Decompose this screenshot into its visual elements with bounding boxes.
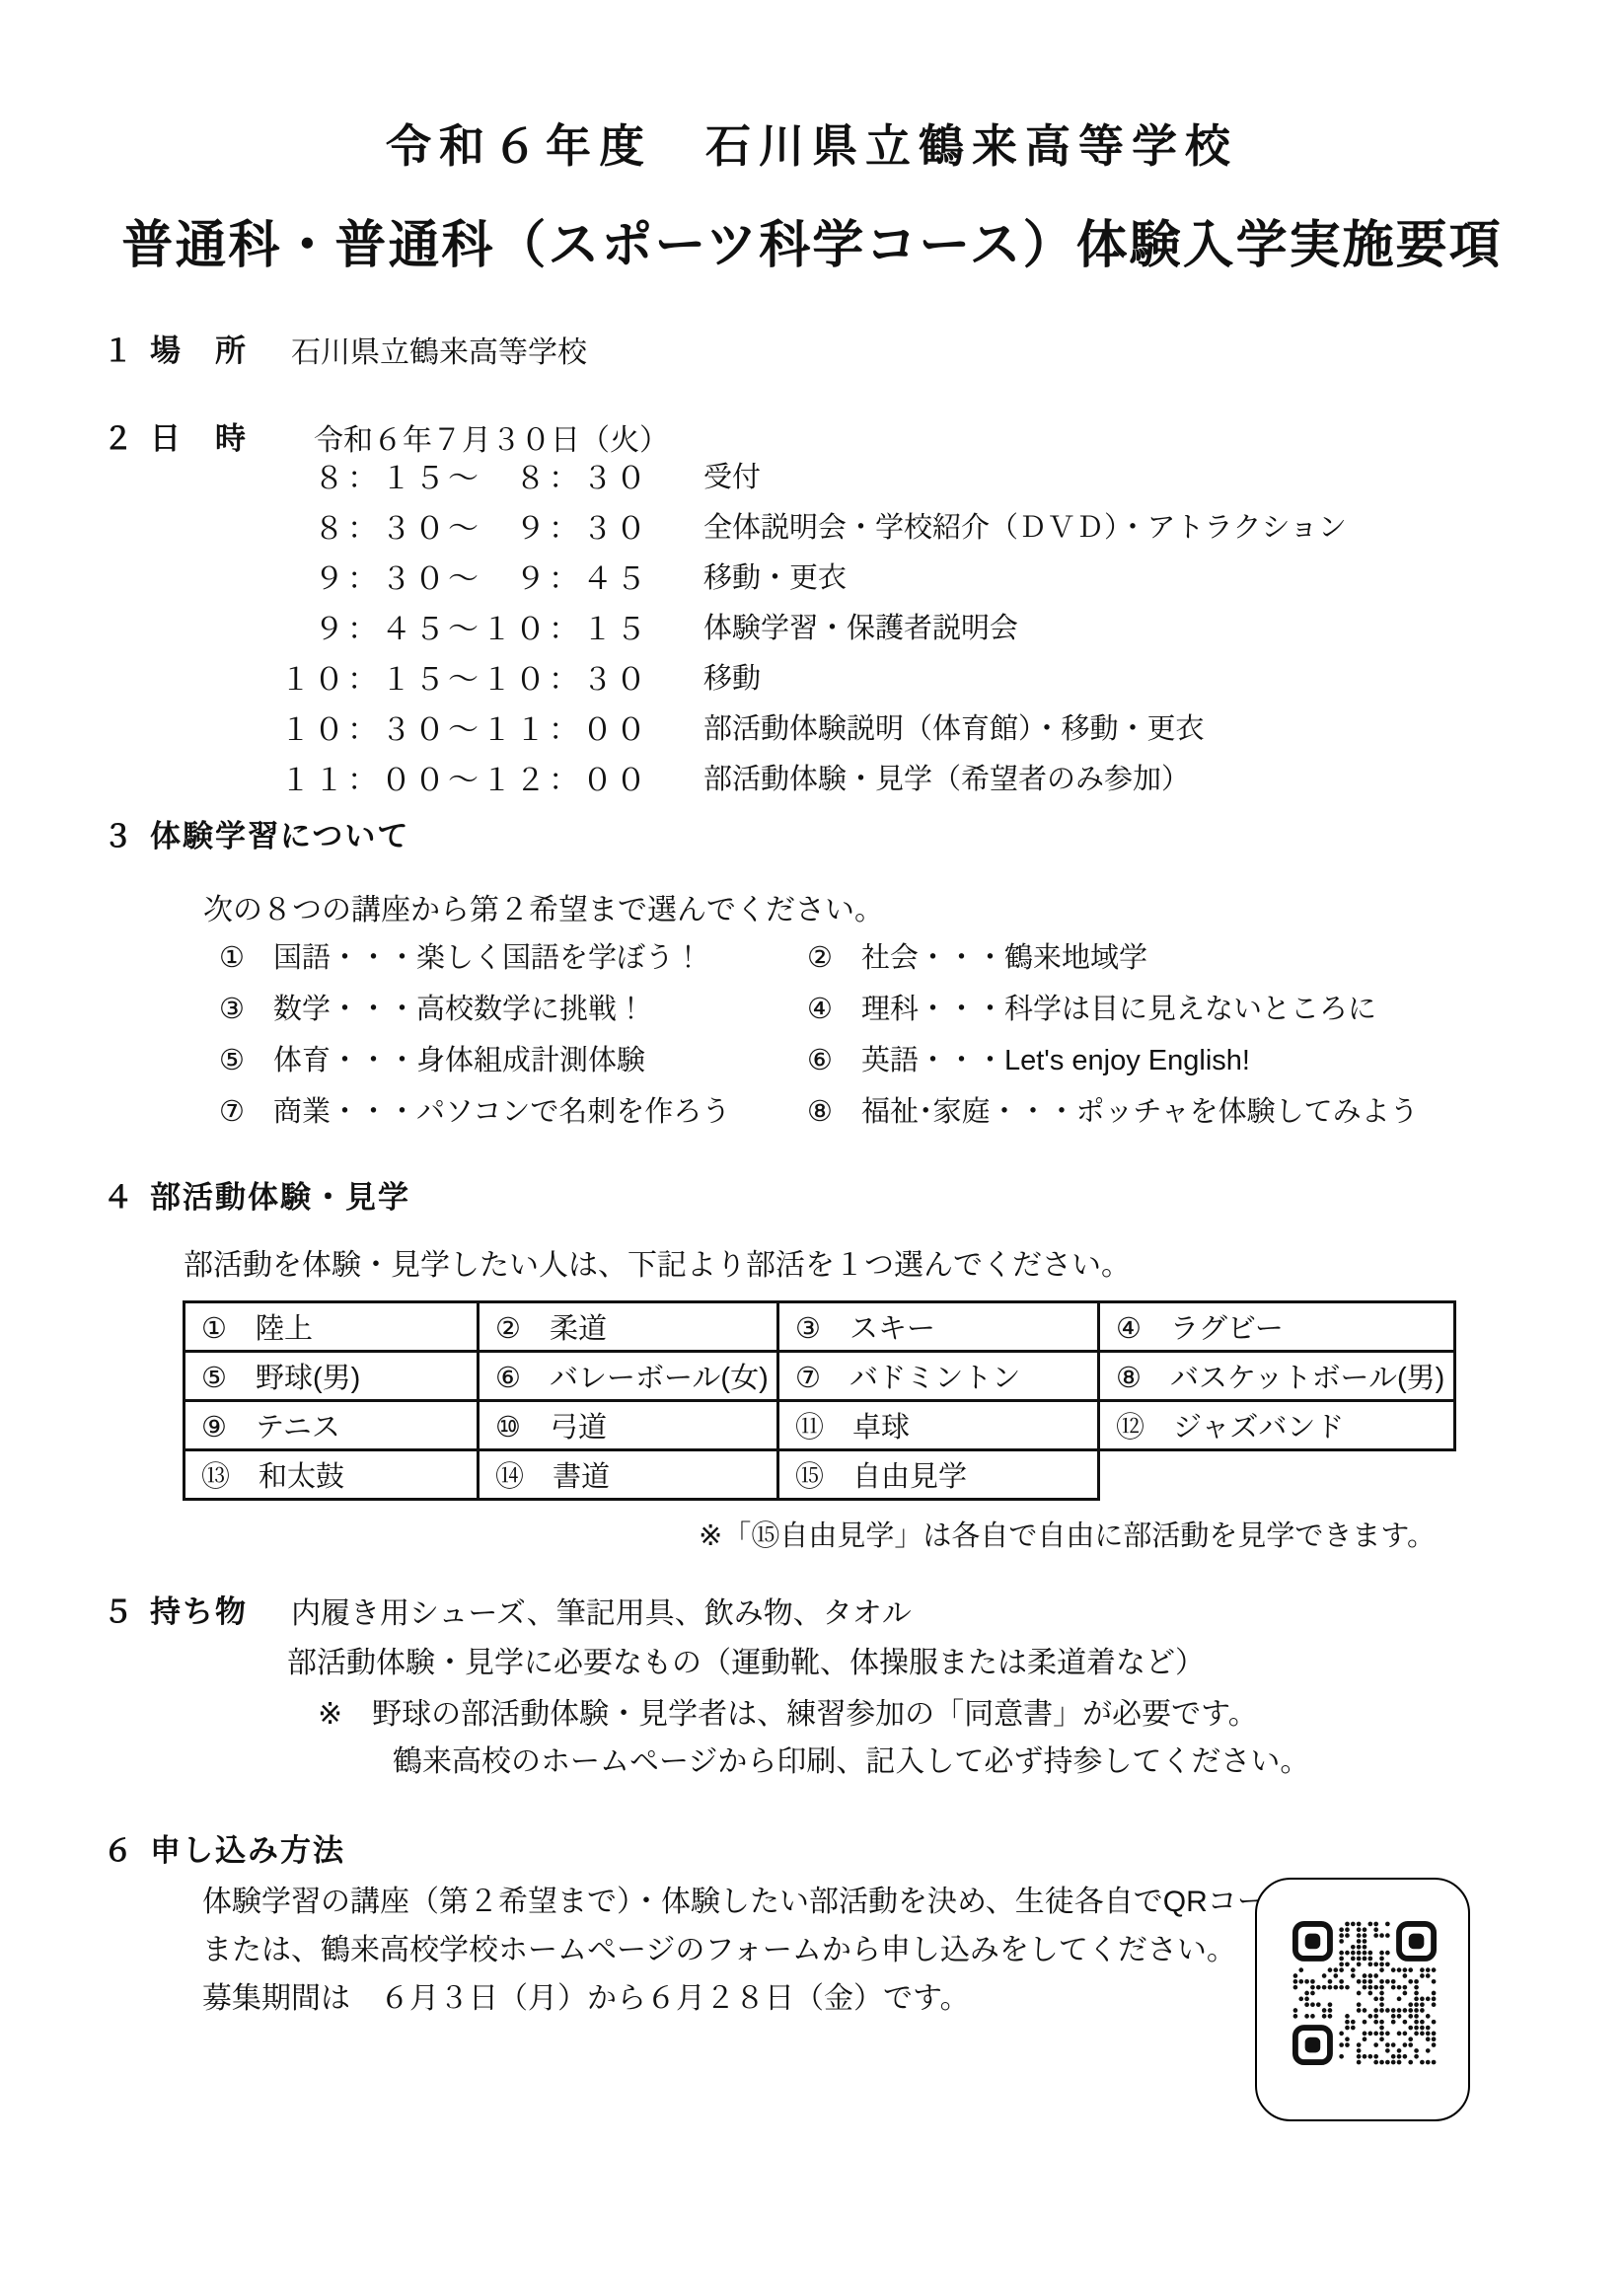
course-item: ① 国語・・・楽しく国語を学ぼう！ [219,935,702,976]
schedule-activity: 移動・更衣 [703,555,847,596]
schedule-time: １０：１５～１０：３０ [280,654,649,699]
club-cell: ⑨ テニス [185,1401,479,1450]
schedule-activity: 部活動体験説明（体育館）・移動・更衣 [703,706,1205,747]
belongings-line2: 部活動体験・見学に必要なもの（運動靴、体操服または柔道着など） [287,1638,1205,1681]
course-item: ⑧ 福祉･家庭・・・ポッチャを体験してみよう [807,1089,1419,1130]
club-table-row: ⑬ 和太鼓 ⑭ 書道 ⑮ 自由見学 [185,1450,1455,1500]
club-cell: ⑥ バレーボール(女) [479,1352,778,1401]
document-page: 令和６年度 石川県立鶴来高等学校 普通科・普通科（スポーツ科学コース）体験入学実… [0,0,1624,2296]
belongings-line1: 内履き用シューズ、筆記用具、飲み物、タオル [291,1589,912,1632]
section-datetime-number: ２ [103,413,133,458]
experience-instruction: 次の８つの講座から第２希望まで選んでください。 [203,885,884,928]
club-table-row: ⑤ 野球(男) ⑥ バレーボール(女) ⑦ バドミントン ⑧ バスケットボール(… [185,1352,1455,1401]
section-belongings-number: ５ [103,1587,133,1631]
place-value: 石川県立鶴来高等学校 [291,328,587,371]
section-place-label: 場 所 [150,326,248,370]
section-datetime-label: 日 時 [150,413,248,458]
club-instruction: 部活動を体験・見学したい人は、下記より部活を１つ選んでください。 [184,1240,1131,1284]
document-title-line2: 普通科・普通科（スポーツ科学コース）体験入学実施要項 [0,203,1624,277]
club-cell: ③ スキー [778,1302,1099,1352]
club-table-row: ⑨ テニス ⑩ 弓道 ⑪ 卓球 ⑫ ジャズバンド [185,1401,1455,1450]
section-experience-label: 体験学習について [150,811,409,855]
qr-code-box [1255,1878,1470,2121]
club-cell: ① 陸上 [185,1302,479,1352]
belongings-note1: ※ 野球の部活動体験・見学者は、練習参加の「同意書」が必要です。 [318,1689,1258,1733]
schedule-time: ９：３０～ ９：４５ [280,554,649,598]
club-table-row: ① 陸上 ② 柔道 ③ スキー ④ ラグビー [185,1302,1455,1352]
club-cell: ⑤ 野球(男) [185,1352,479,1401]
section-club-label: 部活動体験・見学 [150,1172,410,1217]
club-cell: ⑬ 和太鼓 [185,1450,479,1500]
club-cell: ⑧ バスケットボール(男) [1099,1352,1455,1401]
section-application-label: 申し込み方法 [150,1825,345,1870]
club-cell: ② 柔道 [479,1302,778,1352]
section-application-number: ６ [103,1825,133,1870]
course-item: ② 社会・・・鶴来地域学 [807,935,1147,976]
schedule-time: １０：３０～１１：００ [280,704,649,749]
course-item: ⑤ 体育・・・身体組成計測体験 [219,1038,645,1078]
club-cell: ④ ラグビー [1099,1302,1455,1352]
qr-code [1292,1921,1437,2065]
course-item: ⑥ 英語・・・Let's enjoy English! [807,1038,1250,1078]
schedule-time: ９：４５～１０：１５ [280,604,649,648]
schedule-activity: 部活動体験・見学（希望者のみ参加） [703,757,1190,797]
belongings-note2: 鶴来高校のホームページから印刷、記入して必ず持参してください。 [393,1737,1309,1780]
application-line2: または、鶴来高校学校ホームページのフォームから申し込みをしてください。 [202,1925,1236,1968]
section-experience-number: ３ [103,811,133,855]
course-item: ④ 理科・・・科学は目に見えないところに [807,987,1376,1027]
schedule-time: ８：１５～ ８：３０ [280,453,649,497]
schedule-activity: 体験学習・保護者説明会 [703,606,1018,646]
schedule-activity: 移動 [703,656,761,697]
schedule-time: １１：００～１２：００ [280,755,649,799]
club-table-note: ※「⑮自由見学」は各自で自由に部活動を見学できます。 [699,1514,1436,1554]
schedule-activity: 受付 [703,455,761,495]
club-cell: ⑪ 卓球 [778,1401,1099,1450]
section-club-number: ４ [103,1172,133,1217]
course-item: ⑦ 商業・・・パソコンで名刺を作ろう [219,1089,730,1130]
schedule-time: ８：３０～ ９：３０ [280,503,649,548]
application-line1: 体験学習の講座（第２希望まで）・体験したい部活動を決め、生徒各自でQRコード [202,1877,1296,1920]
club-cell: ⑫ ジャズバンド [1099,1401,1455,1450]
club-cell: ⑦ バドミントン [778,1352,1099,1401]
section-place-number: １ [103,326,133,370]
schedule-activity: 全体説明会・学校紹介（ＤＶＤ）・アトラクション [703,505,1347,546]
club-table: ① 陸上 ② 柔道 ③ スキー ④ ラグビー ⑤ 野球(男) ⑥ バレーボール(… [183,1300,1456,1501]
course-item: ③ 数学・・・高校数学に挑戦！ [219,987,645,1027]
club-cell: ⑭ 書道 [479,1450,778,1500]
section-belongings-label: 持ち物 [150,1587,248,1631]
document-title-line1: 令和６年度 石川県立鶴来高等学校 [0,111,1624,176]
club-cell: ⑮ 自由見学 [778,1450,1099,1500]
club-cell: ⑩ 弓道 [479,1401,778,1450]
application-line3: 募集期間は ６月３日（月）から６月２８日（金）です。 [202,1973,970,2017]
